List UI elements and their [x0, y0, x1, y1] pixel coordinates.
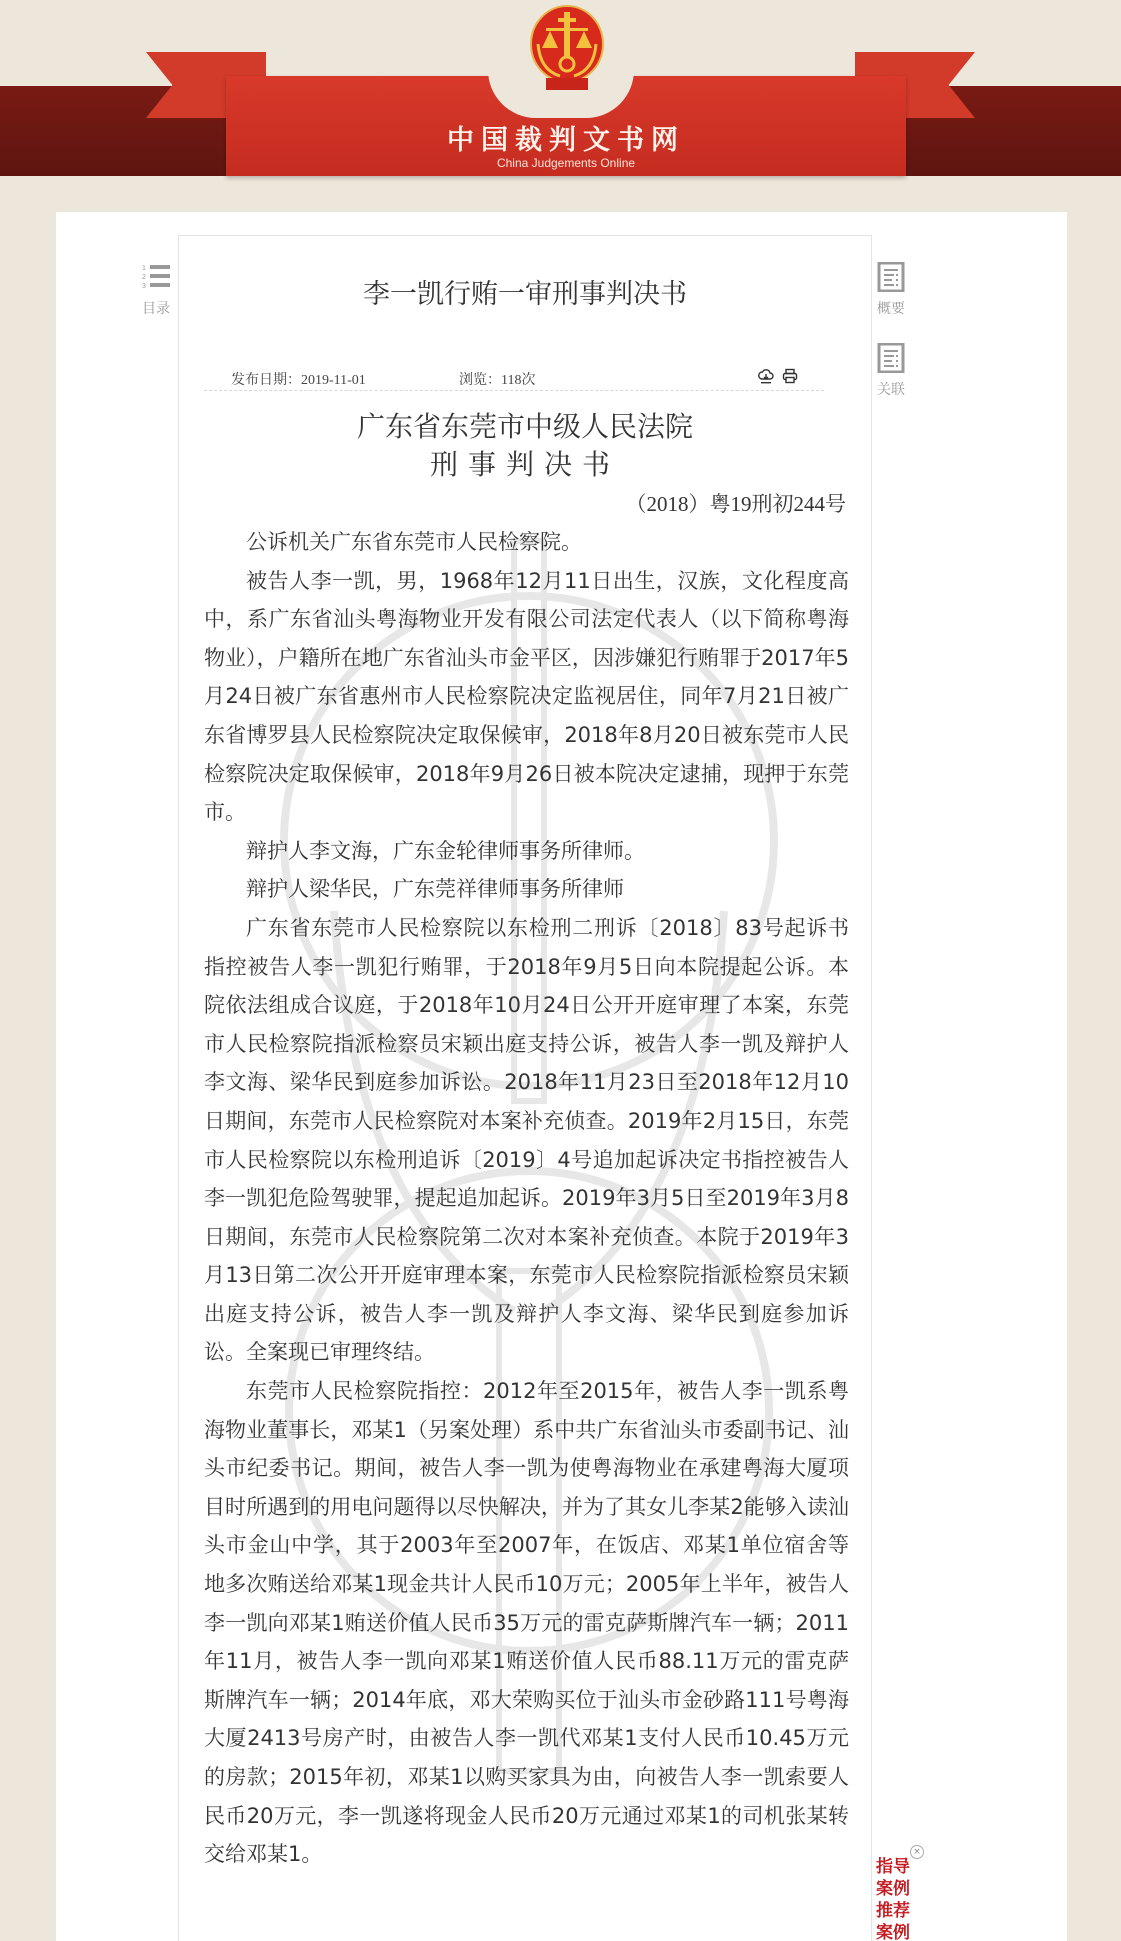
document-type: 刑事判决书 [179, 446, 871, 484]
paragraph-defender-1: 辩护人李文海，广东金轮律师事务所律师。 [204, 832, 849, 871]
paragraph-prosecutor: 公诉机关广东省东莞市人民检察院。 [204, 523, 849, 562]
recommend-line-1[interactable]: 指导 [876, 1856, 920, 1878]
site-header: 中国裁判文书网 China Judgements Online [0, 0, 1121, 176]
case-number: （2018）粤19刑初244号 [626, 488, 847, 518]
paragraph-charges: 东莞市人民检察院指控：2012年至2015年，被告人李一凯系粤海物业董事长，邓某… [204, 1372, 849, 1874]
recommend-line-2[interactable]: 案例 [876, 1878, 920, 1900]
toc-label: 目录 [136, 298, 176, 318]
site-title: 中国裁判文书网 [226, 118, 906, 157]
numbered-list-icon: 1 2 3 [140, 262, 172, 292]
summary-button[interactable]: 概要 [871, 262, 911, 318]
cloud-download-icon[interactable] [758, 368, 774, 384]
judgement-document: 李一凯行贿一审刑事判决书 发布日期：2019-11-01 浏览：118次 广东省… [178, 235, 872, 1941]
site-subtitle: China Judgements Online [226, 156, 906, 170]
summary-label: 概要 [871, 298, 911, 318]
document-body: 公诉机关广东省东莞市人民检察院。 被告人李一凯，男，1968年12月11日出生，… [204, 523, 849, 1874]
toc-button[interactable]: 1 2 3 目录 [136, 262, 176, 318]
document-title: 李一凯行贿一审刑事判决书 [179, 272, 871, 311]
document-icon [877, 343, 905, 373]
recommend-line-4[interactable]: 案例 [876, 1922, 920, 1941]
court-name: 广东省东莞市中级人民法院 [179, 408, 871, 446]
svg-text:2: 2 [142, 274, 146, 281]
svg-text:3: 3 [142, 283, 146, 290]
related-button[interactable]: 关联 [871, 343, 911, 399]
case-recommend-widget[interactable]: 指导 案例 推荐 案例 [876, 1856, 920, 1941]
document-meta: 发布日期：2019-11-01 浏览：118次 [204, 366, 824, 391]
paragraph-defender-2: 辩护人梁华民，广东莞祥律师事务所律师 [204, 870, 849, 909]
related-label: 关联 [871, 379, 911, 399]
paragraph-procedure: 广东省东莞市人民检察院以东检刑二刑诉〔2018〕83号起诉书指控被告人李一凯犯行… [204, 909, 849, 1372]
publish-date: 发布日期：2019-11-01 [231, 369, 366, 389]
recommend-line-3[interactable]: 推荐 [876, 1900, 920, 1922]
view-count: 浏览：118次 [459, 369, 535, 389]
paragraph-defendant: 被告人李一凯，男，1968年12月11日出生，汉族，文化程度高中，系广东省汕头粤… [204, 562, 849, 832]
document-icon [877, 262, 905, 292]
printer-icon[interactable] [782, 368, 798, 384]
svg-text:1: 1 [142, 265, 146, 272]
court-emblem-icon [528, 4, 606, 94]
